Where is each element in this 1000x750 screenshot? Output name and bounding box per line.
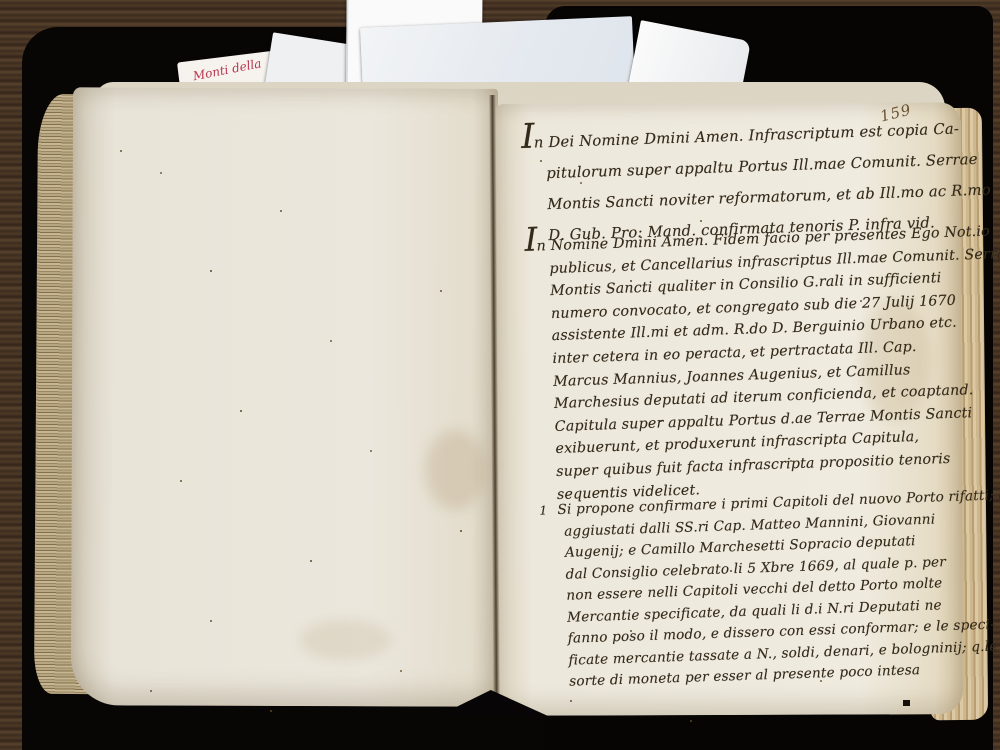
foxing-specks-left-page	[120, 150, 122, 152]
manuscript-text-area: In Dei Nomine Dmini Amen. Infrascriptum …	[520, 88, 980, 714]
item-1-lines: Si propone confirmare i primi Capitoli d…	[557, 485, 1000, 693]
italian-item-1: 1 Si propone confirmare i primi Capitoli…	[557, 485, 1000, 693]
page-stain	[425, 430, 485, 510]
left-page-blank	[71, 87, 498, 706]
item-number: 1	[539, 503, 547, 517]
latin-paragraph-2: In Nomine Dmini Amen. Fidem facio per pr…	[524, 215, 1000, 507]
page-stain	[300, 620, 390, 660]
photograph-of-open-manuscript: { "scene": { "description": "Open 17th-c…	[0, 0, 1000, 750]
